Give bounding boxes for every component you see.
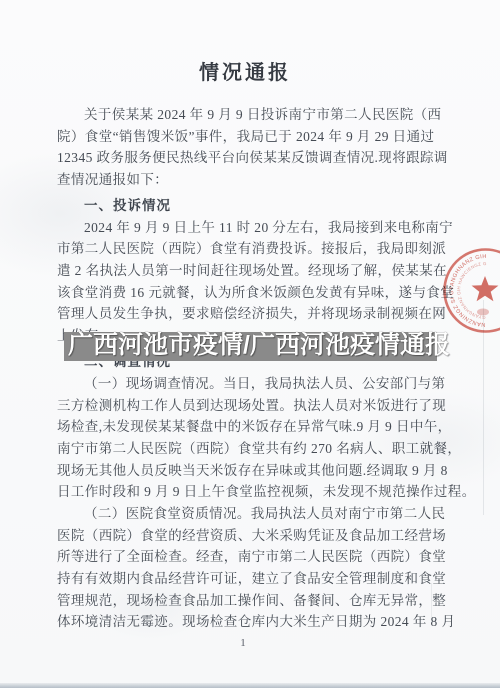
body-line: 所等进行了全面检查。经查，南宁市第二人民医院（西院）食堂 [57,546,472,568]
document-title: 情况通报 [0,56,500,85]
official-red-seal: NANZNINGZ SI GYANGHNANZ GIH HAWCIENGZ GA… [440,240,500,345]
body-line: 市第二人民医院（西院）食堂有消费投诉。接报后，我局即刻派 [57,238,472,260]
body-line: 12345 政务服务便民热线平台向侯某某反馈调查情况.现将跟踪调 [57,147,472,169]
watermark-banner: 广西河池市疫情/广西河池疫情通报 [64,332,437,361]
body-line: 医院（西院）食堂的经营资质、大米采购凭证及食品加工经营场 [57,525,472,547]
body-line: 管理人员发生争执，要求赔偿经济损失，并将现场录制视频在网 [57,303,472,325]
body-line: 关于侯某某 2024 年 9 月 9 日投诉南宁市第二人民医院（西 [57,104,472,126]
body-line: 查情况通报如下： [57,169,472,191]
body-line: 三方检测机构工作人员到达现场处置。执法人员对米饭进行了现 [57,395,472,417]
watermark-text: 广西河池市疫情/广西河池疫情通报 [64,332,450,359]
paper-crease [431,583,432,623]
seal-star-icon [472,276,499,301]
page-number: 1 [0,637,500,649]
body-line: 场检查,未发现侯某某餐盘中的米饭存在异常气味.9 月 9 日中午， [57,416,472,438]
scan-bottom-edge [0,683,500,688]
scanned-document-page: 情况通报 关于侯某某 2024 年 9 月 9 日投诉南宁市第二人民医院（西 院… [0,0,500,688]
body-line: 遣 2 名执法人员第一时间赶往现场处置。经现场了解，侯某某在 [57,260,472,282]
section-heading-1: 一、投诉情况 [57,195,472,217]
body-line: 日工作时段和 9 月 9 日上午食堂监控视频，未发现不规范操作过程。 [57,481,472,503]
body-line: （二）医院食堂资质情况。我局执法人员对南宁市第二人民 [57,503,472,525]
body-line: 该食堂消费 16 元就餐，认为所食米饭颜色发黄有异味，遂与食堂 [57,282,472,304]
body-line: 现场无其他人员反映当天米饭存在异味或其他问题.经调取 9 月 8 [57,460,472,482]
body-line: 持有有效期内食品经营许可证，建立了食品安全管理制度和食堂 [57,568,472,590]
body-line: 2024 年 9 月 9 日上午 11 时 20 分左右，我局接到来电称南宁 [57,217,472,239]
body-line: 管理规范，现场检查食品加工操作间、备餐间、仓库无异常，整 [57,590,472,612]
body-line: 院）食堂“销售馊米饭”事件，我局已于 2024 年 9 月 29 日通过 [57,126,472,148]
body-line: 南宁市第二人民医院（西院）食堂共有约 270 名病人、职工就餐， [57,438,472,460]
body-line: （一）现场调查情况。当日，我局执法人员、公安部门与第 [57,373,472,395]
body-line: 体环境清洁无霉迹。现场检查仓库内大米生产日期为 2024 年 8 月 [57,611,472,633]
document-body: 关于侯某某 2024 年 9 月 9 日投诉南宁市第二人民医院（西 院）食堂“销… [57,104,472,633]
